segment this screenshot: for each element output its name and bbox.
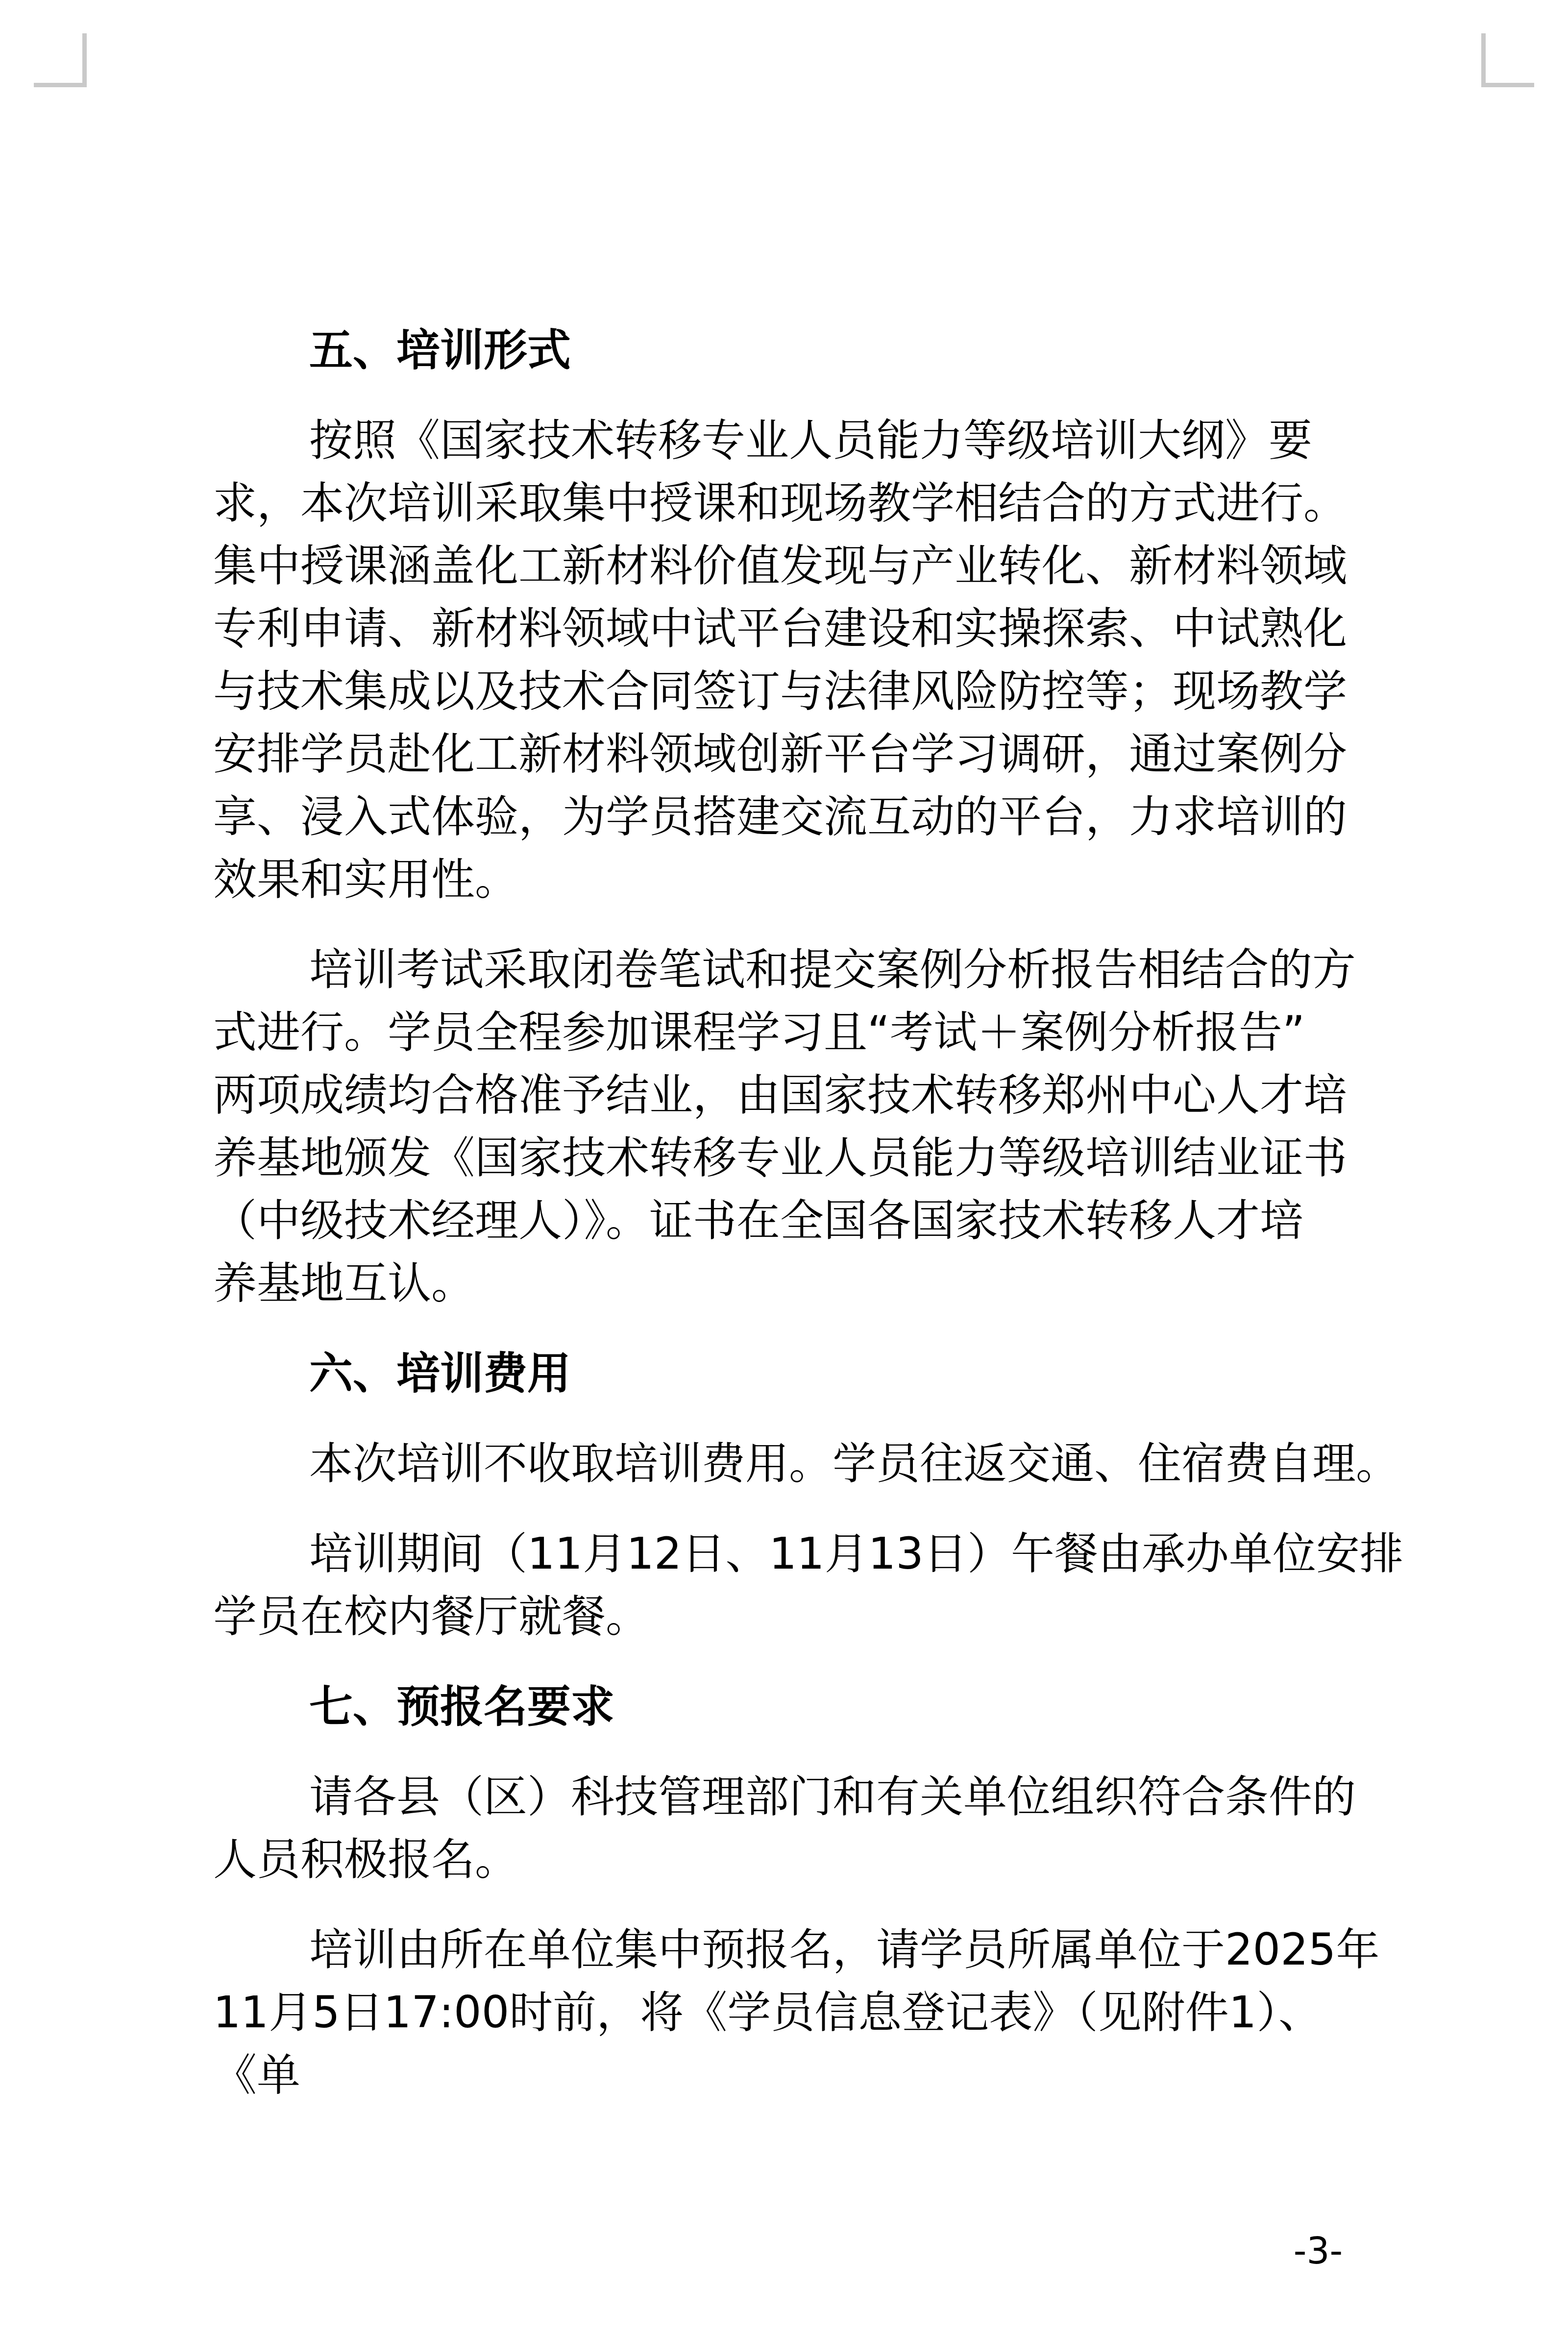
heading-section-5-training-format: 五、培训形式 <box>213 319 1355 381</box>
crop-mark-top-right <box>1481 33 1534 87</box>
text-line: 本次培训不收取培训费用。学员往返交通、住宿费自理。 <box>213 1432 1355 1495</box>
text-line: 集中授课涵盖化工新材料价值发现与产业转化、新材料领域 <box>213 534 1355 597</box>
paragraph-registration-deadline: 培训由所在单位集中预报名，请学员所属单位于2025年11月5日17:00时前，将… <box>213 1918 1355 2106</box>
page-number: -3- <box>1254 2229 1382 2274</box>
paragraph-training-format: 按照《国家技术转移专业人员能力等级培训大纲》要求，本次培训采取集中授课和现场教学… <box>213 409 1355 910</box>
text-line: 按照《国家技术转移专业人员能力等级培训大纲》要 <box>213 409 1355 471</box>
paragraph-registration-call: 请各县（区）科技管理部门和有关单位组织符合条件的人员积极报名。 <box>213 1765 1355 1891</box>
paragraph-exam-and-certificate: 培训考试采取闭卷笔试和提交案例分析报告相结合的方式进行。学员全程参加课程学习且“… <box>213 938 1355 1314</box>
heading-line: 五、培训形式 <box>213 319 1355 381</box>
crop-mark-top-left <box>34 33 87 87</box>
text-line: 11月5日17:00时前，将《学员信息登记表》（见附件1）、 <box>213 1981 1355 2043</box>
text-line: 培训由所在单位集中预报名，请学员所属单位于2025年 <box>213 1918 1355 1981</box>
text-line: 与技术集成以及技术合同签订与法律风险防控等；现场教学 <box>213 660 1355 722</box>
text-line: 学员在校内餐厅就餐。 <box>213 1585 1355 1648</box>
heading-section-6-training-fee: 六、培训费用 <box>213 1342 1355 1404</box>
text-line: 请各县（区）科技管理部门和有关单位组织符合条件的 <box>213 1765 1355 1828</box>
paragraph-lunch-arrangement: 培训期间（11月12日、11月13日）午餐由承办单位安排学员在校内餐厅就餐。 <box>213 1522 1355 1648</box>
document-page: { "page": { "number": "-3-", "sections":… <box>0 0 1568 2337</box>
text-line: 培训期间（11月12日、11月13日）午餐由承办单位安排 <box>213 1522 1355 1585</box>
text-line: 人员积极报名。 <box>213 1828 1355 1891</box>
text-line: 养基地颁发《国家技术转移专业人员能力等级培训结业证书 <box>213 1126 1355 1189</box>
text-line: 培训考试采取闭卷笔试和提交案例分析报告相结合的方 <box>213 938 1355 1001</box>
heading-line: 七、预报名要求 <box>213 1675 1355 1738</box>
text-line: 养基地互认。 <box>213 1252 1355 1314</box>
document-body: 五、培训形式按照《国家技术转移专业人员能力等级培训大纲》要求，本次培训采取集中授… <box>213 319 1355 2134</box>
paragraph-fee: 本次培训不收取培训费用。学员往返交通、住宿费自理。 <box>213 1432 1355 1495</box>
text-line: 求，本次培训采取集中授课和现场教学相结合的方式进行。 <box>213 471 1355 534</box>
heading-section-7-preregistration: 七、预报名要求 <box>213 1675 1355 1738</box>
text-line: （中级技术经理人）》。证书在全国各国家技术转移人才培 <box>213 1189 1355 1252</box>
text-line: 专利申请、新材料领域中试平台建设和实操探索、中试熟化 <box>213 597 1355 660</box>
heading-line: 六、培训费用 <box>213 1342 1355 1404</box>
text-line: 效果和实用性。 <box>213 848 1355 910</box>
text-line: 两项成绩均合格准予结业，由国家技术转移郑州中心人才培 <box>213 1063 1355 1126</box>
text-line: 享、浸入式体验，为学员搭建交流互动的平台，力求培训的 <box>213 785 1355 848</box>
text-line: 式进行。学员全程参加课程学习且“考试＋案例分析报告” <box>213 1001 1355 1063</box>
text-line: 《单 <box>213 2043 1355 2106</box>
text-line: 安排学员赴化工新材料领域创新平台学习调研，通过案例分 <box>213 722 1355 785</box>
